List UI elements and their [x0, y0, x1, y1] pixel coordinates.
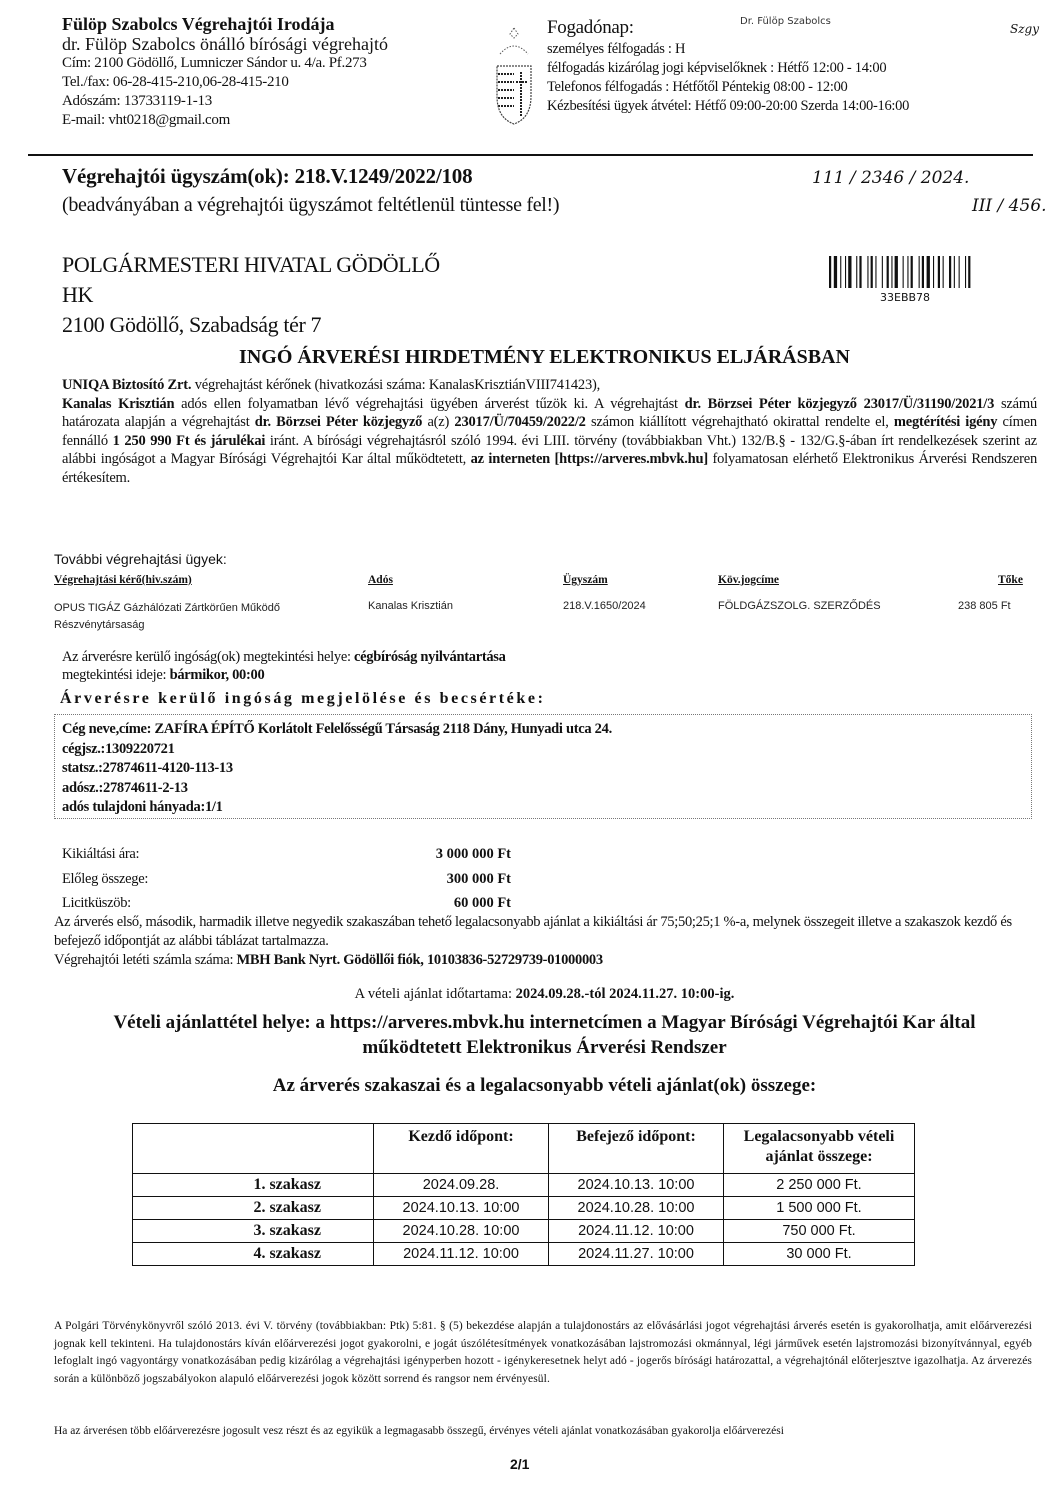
stage-min-bid: 1 500 000 Ft. — [724, 1197, 915, 1220]
bid-increment-label: Licitküszöb: — [62, 895, 131, 912]
barcode-icon — [829, 256, 1009, 288]
item-line: statsz.:27874611-4120-113-13 — [62, 759, 612, 779]
item-line: Cég neve,címe: ZAFÍRA ÉPÍTŐ Korlátolt Fe… — [62, 720, 612, 740]
stages-table: Kezdő időpont: Befejező időpont: Legalac… — [132, 1123, 915, 1266]
coat-of-arms-icon — [494, 24, 534, 134]
column-header-principal: Tőke — [998, 574, 1023, 586]
column-header-creditor: Végrehajtási kérő(hiv.szám) — [54, 574, 192, 586]
handwritten-sub-number: III / 456. — [972, 196, 1047, 216]
table-row: 2. szakasz 2024.10.13. 10:00 2024.10.28.… — [133, 1197, 915, 1220]
account-value: MBH Bank Nyrt. Gödöllői fiók, 10103836-5… — [237, 952, 603, 968]
stage-end: 2024.10.13. 10:00 — [549, 1174, 724, 1197]
office-email: E-mail: vht0218@gmail.com — [62, 111, 462, 130]
item-line: cégjsz.:1309220721 — [62, 740, 612, 760]
stage-name: 4. szakasz — [133, 1243, 374, 1266]
intro-text: számon kiállított végrehajtható okiratta… — [586, 414, 894, 430]
viewing-place-label: Az árverésre kerülő ingóság(ok) megtekin… — [62, 649, 354, 665]
addressee-line: 2100 Gödöllő, Szabadság tér 7 — [62, 310, 440, 340]
creditor-name: UNIQA Biztosító Zrt. — [62, 377, 191, 393]
document-title: INGÓ ÁRVERÉSI HIRDETMÉNY ELEKTRONIKUS EL… — [0, 346, 1059, 369]
stages-note-text: Az árverés első, második, harmadik illet… — [54, 913, 1034, 951]
notary-name: dr. Börzsei Péter közjegyző — [255, 414, 422, 430]
table-header: Legalacsonyabb vételi ajánlat összege: — [724, 1124, 915, 1174]
viewing-place-value: cégbíróság nyilvántartása — [354, 649, 506, 665]
case-number-note: (beadványában a végrehajtói ügyszámot fe… — [62, 194, 559, 217]
intro-paragraph: UNIQA Biztosító Zrt. végrehajtást kérőne… — [62, 376, 1037, 487]
stage-name: 1. szakasz — [133, 1174, 374, 1197]
stage-min-bid: 30 000 Ft. — [724, 1243, 915, 1266]
viewing-info: Az árverésre kerülő ingóság(ok) megtekin… — [62, 648, 506, 684]
case-number: Végrehajtói ügyszám(ok): 218.V.1249/2022… — [62, 164, 472, 189]
viewing-time-value: bármikor, 00:00 — [170, 667, 265, 683]
addressee-line: POLGÁRMESTERI HIVATAL GÖDÖLLŐ — [62, 250, 440, 280]
stages-table-title: Az árverés szakaszai és a legalacsonyabb… — [0, 1075, 1059, 1097]
deposit-label: Előleg összege: — [62, 871, 148, 888]
office-header: Fülöp Szabolcs Végrehajtói Irodája dr. F… — [62, 14, 462, 130]
item-section-title: Árverésre kerülő ingóság megjelölése és … — [60, 690, 546, 708]
legal-paragraph-continued: Ha az árverésen több előárverezésre jogo… — [54, 1423, 1032, 1441]
reception-hours: Fogadónap: személyes félfogadás : H félf… — [547, 16, 1047, 116]
stage-start: 2024.11.12. 10:00 — [374, 1243, 549, 1266]
office-name: Fülöp Szabolcs Végrehajtói Irodája — [62, 14, 462, 34]
further-case-debtor: Kanalas Krisztián — [368, 600, 453, 612]
table-row: 4. szakasz 2024.11.12. 10:00 2024.11.27.… — [133, 1243, 915, 1266]
item-line: adósz.:27874611-2-13 — [62, 779, 612, 799]
intro-text: adós ellen folyamatban lévő végrehajtási… — [174, 396, 684, 412]
barcode-code: 33EBB78 — [880, 291, 930, 304]
auction-website-link[interactable]: az interneten [https://arveres.mbvk.hu] — [471, 451, 708, 467]
starting-price-label: Kikiáltási ára: — [62, 846, 139, 863]
table-header: Befejező időpont: — [549, 1124, 724, 1174]
signature: Szgy — [1010, 22, 1039, 36]
stage-end: 2024.11.27. 10:00 — [549, 1243, 724, 1266]
office-phone: Tel./fax: 06-28-415-210,06-28-415-210 — [62, 73, 462, 92]
claim-amount: 1 250 990 Ft és járulékai — [113, 433, 266, 449]
stage-start: 2024.10.13. 10:00 — [374, 1197, 549, 1220]
stage-name: 3. szakasz — [133, 1220, 374, 1243]
stage-min-bid: 750 000 Ft. — [724, 1220, 915, 1243]
table-row: 1. szakasz 2024.09.28. 2024.10.13. 10:00… — [133, 1174, 915, 1197]
handwritten-registry-number: 111 / 2346 / 2024. — [812, 168, 969, 188]
further-case-claim-title: FÖLDGÁZSZOLG. SZERZŐDÉS — [718, 600, 881, 612]
further-case-creditor: OPUS TIGÁZ Gázhálózati Zártkörűen Működő… — [54, 600, 354, 634]
intro-text: a(z) — [422, 414, 454, 430]
further-case-principal: 238 805 Ft — [958, 600, 1011, 612]
intro-text: végrehajtást kérőnek (hivatkozási száma:… — [191, 377, 600, 393]
reception-line: Kézbesítési ügyek átvétel: Hétfő 09:00-2… — [547, 97, 1047, 116]
claim-type: megtérítési igény — [894, 414, 997, 430]
reception-line: félfogadás kizárólag jogi képviselőknek … — [547, 59, 1047, 78]
deposit-value: 300 000 Ft — [447, 871, 511, 888]
stage-start: 2024.10.28. 10:00 — [374, 1220, 549, 1243]
bid-increment-value: 60 000 Ft — [454, 895, 511, 912]
item-line: adós tulajdoni hányada:1/1 — [62, 798, 612, 818]
further-case-number: 218.V.1650/2024 — [563, 600, 646, 612]
office-address: Cím: 2100 Gödöllő, Lumniczer Sándor u. 4… — [62, 54, 462, 73]
table-header: Kezdő időpont: — [374, 1124, 549, 1174]
stage-end: 2024.10.28. 10:00 — [549, 1197, 724, 1220]
office-tax-number: Adószám: 13733119-1-13 — [62, 92, 462, 111]
offer-period-value: 2024.09.28.-tól 2024.11.27. 10:00-ig. — [516, 986, 735, 1002]
reception-line: személyes félfogadás : H — [547, 40, 1047, 59]
enforcement-document-number: 23017/Ü/70459/2022/2 — [454, 414, 585, 430]
offer-place: Vételi ajánlattétel helye: a https://arv… — [80, 1010, 1009, 1060]
table-header-row: Kezdő időpont: Befejező időpont: Legalac… — [133, 1124, 915, 1174]
column-header-claim-title: Köv.jogcíme — [718, 574, 779, 586]
further-cases-title: További végrehajtási ügyek: — [54, 551, 227, 567]
legal-paragraph: A Polgári Törvénykönyvről szóló 2013. év… — [54, 1318, 1032, 1388]
notary-reference: dr. Börzsei Péter közjegyző 23017/Ü/3119… — [685, 396, 995, 412]
column-header-case-number: Ügyszám — [563, 574, 608, 586]
reception-line: Telefonos félfogadás : Hétfőtől Péntekig… — [547, 78, 1047, 97]
table-header — [133, 1124, 374, 1174]
debtor-name: Kanalas Krisztián — [62, 396, 174, 412]
offer-period-label: A vételi ajánlat időtartama: — [355, 986, 516, 1002]
offer-period: A vételi ajánlat időtartama: 2024.09.28.… — [0, 986, 1059, 1003]
stages-note: Az árverés első, második, harmadik illet… — [54, 913, 1034, 970]
stage-min-bid: 2 250 000 Ft. — [724, 1174, 915, 1197]
account-label: Végrehajtói letéti számla száma: — [54, 952, 237, 968]
addressee-line: HK — [62, 280, 440, 310]
addressee-block: POLGÁRMESTERI HIVATAL GÖDÖLLŐ HK 2100 Gö… — [62, 250, 440, 340]
header-divider — [28, 154, 1033, 156]
stage-name: 2. szakasz — [133, 1197, 374, 1220]
viewing-time-label: megtekintési ideje: — [62, 667, 170, 683]
item-description: Cég neve,címe: ZAFÍRA ÉPÍTŐ Korlátolt Fe… — [62, 720, 612, 818]
electronic-stamp: Dr. Fülöp Szabolcs — [740, 16, 831, 27]
stage-end: 2024.11.12. 10:00 — [549, 1220, 724, 1243]
starting-price-value: 3 000 000 Ft — [436, 846, 511, 863]
table-row: 3. szakasz 2024.10.28. 10:00 2024.11.12.… — [133, 1220, 915, 1243]
officer-role: dr. Fülöp Szabolcs önálló bírósági végre… — [62, 34, 462, 54]
stage-start: 2024.09.28. — [374, 1174, 549, 1197]
page-number: 2/1 — [510, 1456, 529, 1472]
column-header-debtor: Adós — [368, 574, 393, 586]
